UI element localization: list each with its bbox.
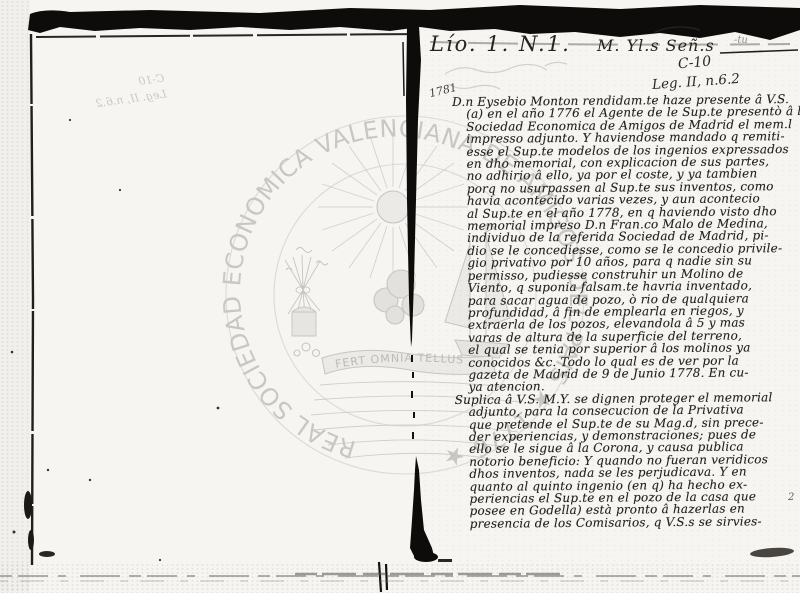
folio-mark: Lío. 1. N.1. [430,32,571,56]
left-border-line [31,34,33,565]
gutter-shadow-wedge [410,456,434,560]
paragraph-memorial: D.n Eysebio Monton rendidam.te haze pres… [452,93,800,394]
archive-reference-1: C-10 [677,54,712,73]
salutation: M. Yl.s Señ.s [597,36,715,55]
left-border-blob [39,551,55,557]
dust-specks [11,119,220,561]
tiny-header-note: -tu [734,35,748,46]
right-edge-numeral: 2 [788,492,794,503]
top-border-underline-left [36,34,418,37]
manuscript-line: presencia de los Comisarios, q V.S.s se … [470,515,800,530]
left-border-blob [28,530,34,550]
binding-tick-marks [379,562,387,592]
gutter-line-thin [403,42,404,96]
manuscript-body: D.n Eysebio Monton rendidam.te haze pres… [452,93,800,530]
gutter-shadow-upper [406,26,421,347]
manuscript-scan: REAL SOCIEDAD ECONOMICA VALENCIANA DE AM… [0,0,800,593]
bleedthrough-squiggles [445,62,567,89]
paragraph-suplica: Suplica â V.S. M.Y. se dignen proteger e… [455,391,800,531]
gutter-blob [414,552,438,562]
gutter-dots [411,355,415,439]
left-border-blob [24,491,32,519]
header-underline [720,50,798,53]
gutter-tail-mark [438,559,452,562]
